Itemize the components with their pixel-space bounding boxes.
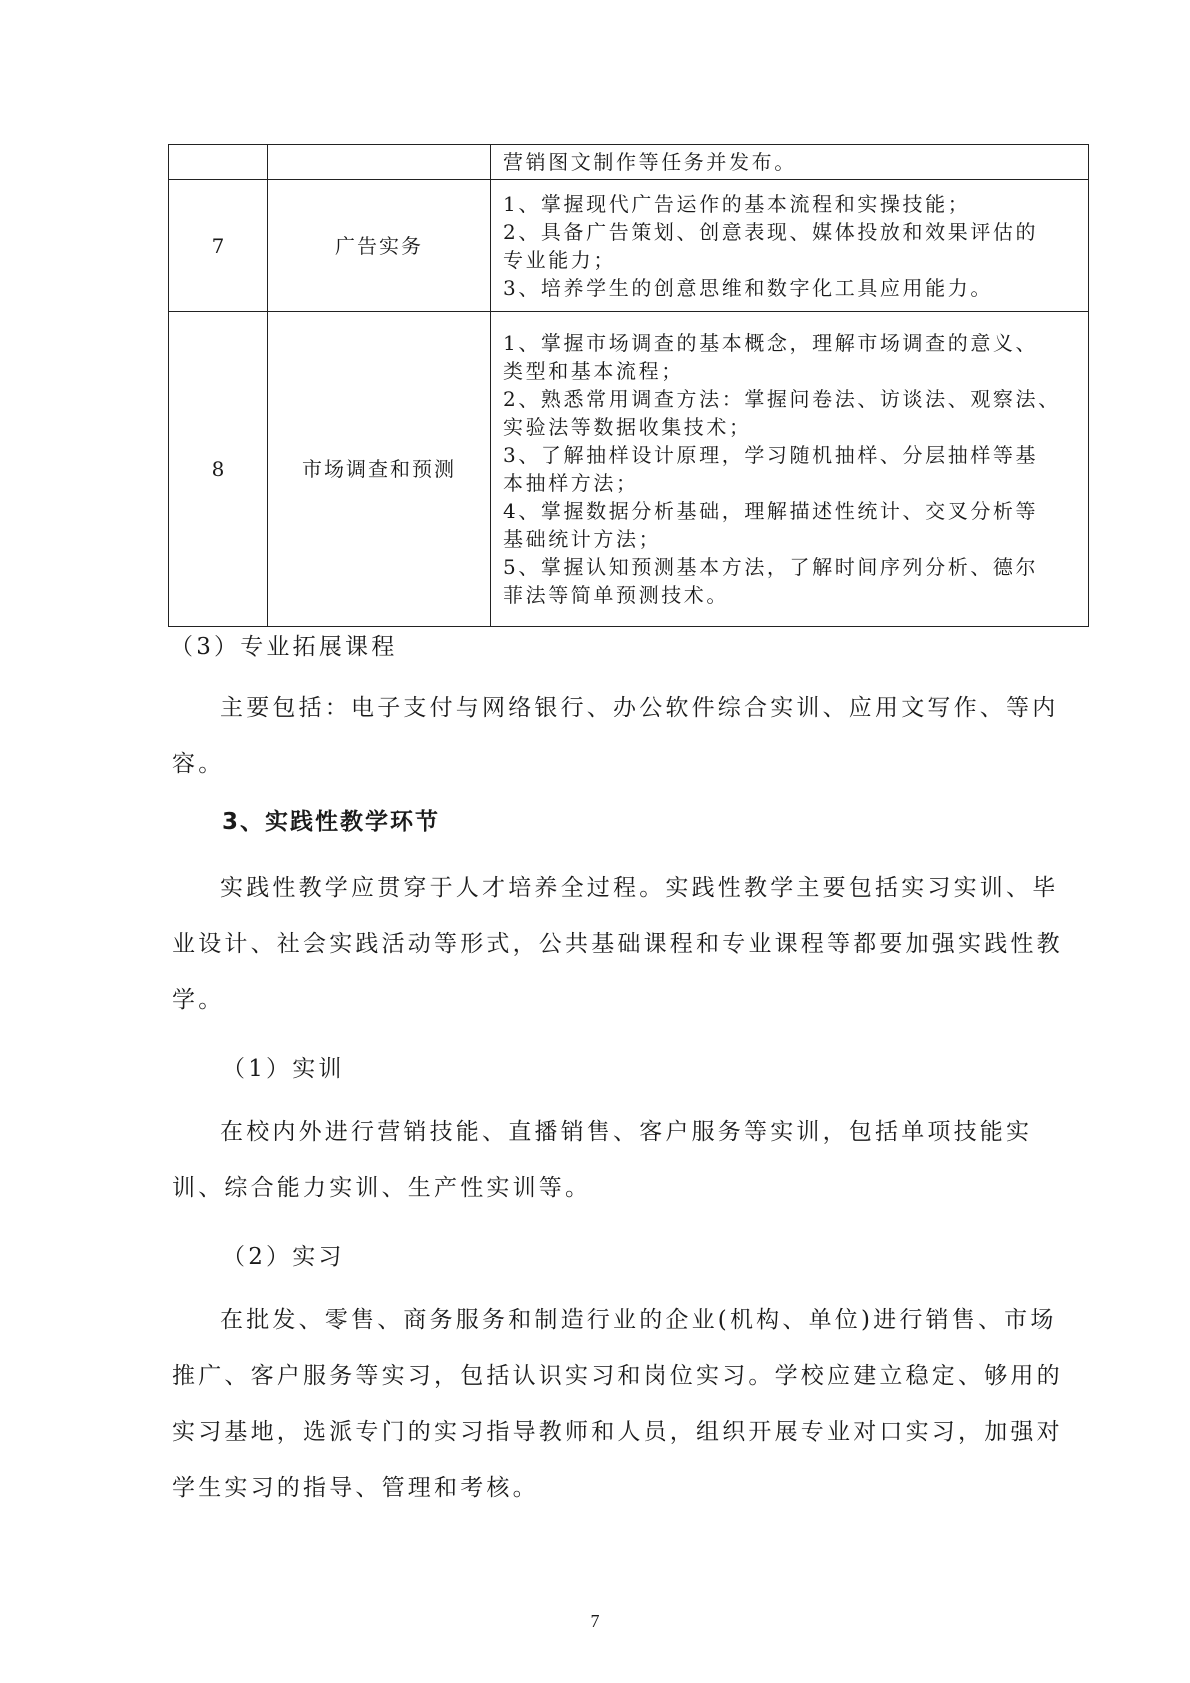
description-line: 3、培养学生的创意思维和数字化工具应用能力。 <box>503 274 1080 302</box>
course-name-cell: 市场调查和预测 <box>268 312 491 627</box>
description-line: 专业能力； <box>503 246 1080 274</box>
description-line: 3、了解抽样设计原理，学习随机抽样、分层抽样等基 <box>503 441 1080 469</box>
practice-section-body: 实践性教学应贯穿于人才培养全过程。实践性教学主要包括实习实训、毕业设计、社会实践… <box>172 860 1072 1028</box>
description-line: 本抽样方法； <box>503 469 1080 497</box>
extension-courses-body: 主要包括：电子支付与网络银行、办公软件综合实训、应用文写作、等内容。 <box>172 680 1072 792</box>
course-number-cell: 8 <box>169 312 268 627</box>
description-line: 菲法等简单预测技术。 <box>503 581 1080 609</box>
description-line: 2、具备广告策划、创意表现、媒体投放和效果评估的 <box>503 218 1080 246</box>
internship-heading: （2）实习 <box>222 1240 1122 1274</box>
course-description-cell: 1、掌握现代广告运作的基本流程和实操技能； 2、具备广告策划、创意表现、媒体投放… <box>491 180 1089 312</box>
course-description-cell: 1、掌握市场调查的基本概念，理解市场调查的意义、 类型和基本流程； 2、熟悉常用… <box>491 312 1089 627</box>
description-line: 2、熟悉常用调查方法：掌握问卷法、访谈法、观察法、 <box>503 385 1080 413</box>
course-number-cell <box>169 145 268 180</box>
course-number-cell: 7 <box>169 180 268 312</box>
course-name-cell: 广告实务 <box>268 180 491 312</box>
document-page: 营销图文制作等任务并发布。 7 广告实务 1、掌握现代广告运作的基本流程和实操技… <box>0 0 1190 1683</box>
extension-courses-heading: （3）专业拓展课程 <box>170 630 1070 664</box>
page-number: 7 <box>0 1611 1190 1632</box>
practice-section-heading: 3、实践性教学环节 <box>222 805 1122 839</box>
description-line: 5、掌握认知预测基本方法，了解时间序列分析、德尔 <box>503 553 1080 581</box>
description-line: 1、掌握市场调查的基本概念，理解市场调查的意义、 <box>503 329 1080 357</box>
description-line: 基础统计方法； <box>503 525 1080 553</box>
description-line: 4、掌握数据分析基础，理解描述性统计、交叉分析等 <box>503 497 1080 525</box>
description-line: 营销图文制作等任务并发布。 <box>503 148 1080 176</box>
training-heading: （1）实训 <box>222 1052 1122 1086</box>
internship-body: 在批发、零售、商务服务和制造行业的企业(机构、单位)进行销售、市场推广、客户服务… <box>172 1292 1072 1516</box>
description-line: 类型和基本流程； <box>503 357 1080 385</box>
description-line: 1、掌握现代广告运作的基本流程和实操技能； <box>503 190 1080 218</box>
description-line: 实验法等数据收集技术； <box>503 413 1080 441</box>
training-body: 在校内外进行营销技能、直播销售、客户服务等实训，包括单项技能实训、综合能力实训、… <box>172 1104 1072 1216</box>
course-description-cell: 营销图文制作等任务并发布。 <box>491 145 1089 180</box>
course-table: 营销图文制作等任务并发布。 7 广告实务 1、掌握现代广告运作的基本流程和实操技… <box>168 144 1089 627</box>
course-name-cell <box>268 145 491 180</box>
table-row-continuation: 营销图文制作等任务并发布。 <box>169 145 1089 180</box>
table-row: 7 广告实务 1、掌握现代广告运作的基本流程和实操技能； 2、具备广告策划、创意… <box>169 180 1089 312</box>
table-row: 8 市场调查和预测 1、掌握市场调查的基本概念，理解市场调查的意义、 类型和基本… <box>169 312 1089 627</box>
